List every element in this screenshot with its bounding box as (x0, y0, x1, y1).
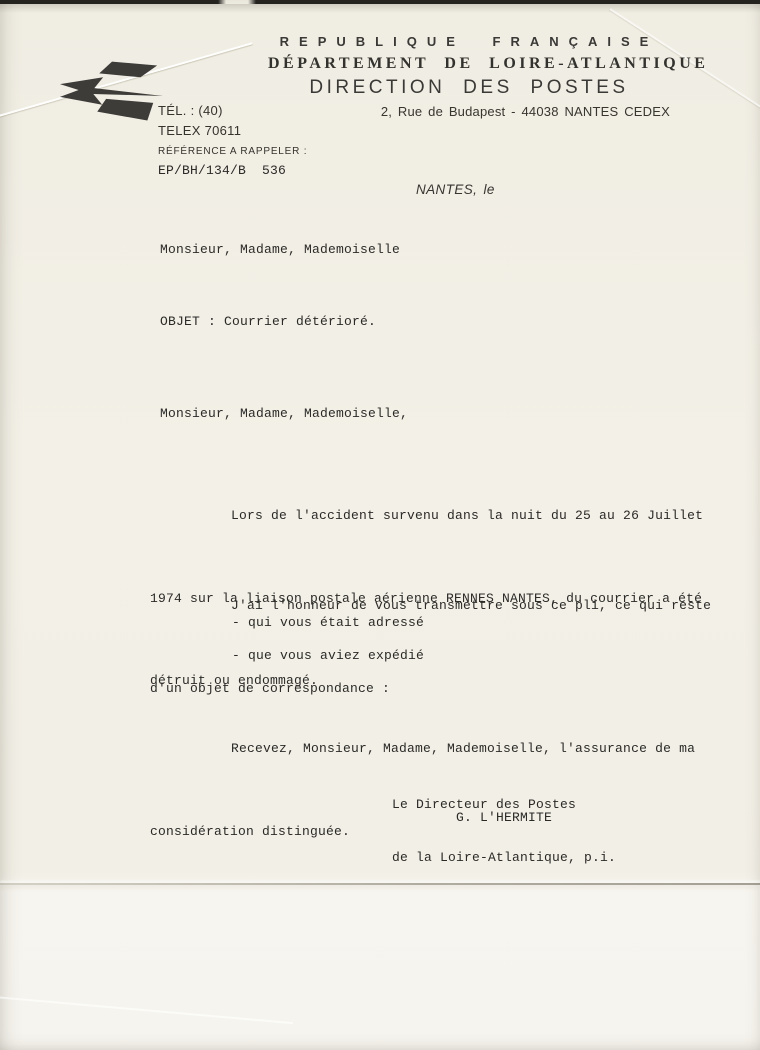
dateline: NANTES, le (416, 182, 495, 197)
phone-line: TÉL. : (40) (158, 103, 307, 118)
signature-title-line: de la Loire-Atlantique, p.i. (392, 849, 616, 867)
list-item-1: - qui vous était adressé (232, 609, 424, 637)
scanned-letter-document: REPUBLIQUE FRANÇAISE DÉPARTEMENT DE LOIR… (0, 0, 760, 1050)
signature-title: Le Directeur des Postes de la Loire-Atla… (392, 761, 616, 901)
letterhead-departement: DÉPARTEMENT DE LOIRE-ATLANTIQUE (268, 55, 670, 73)
letterhead-republic: REPUBLIQUE FRANÇAISE (268, 34, 670, 49)
telex-line: TELEX 70611 (158, 123, 307, 138)
paper-crease-bottom-left (0, 996, 293, 1024)
reference-number: EP/BH/134/B 536 (158, 163, 307, 178)
signature-name: G. L'HERMITE (456, 810, 552, 825)
body-line: Lors de l'accident survenu dans la nuit … (150, 502, 710, 530)
salutation-line: Monsieur, Madame, Mademoiselle, (160, 400, 408, 428)
contact-block: TÉL. : (40) TELEX 70611 RÉFÉRENCE A RAPP… (158, 103, 307, 178)
scan-edge-shadow (0, 4, 760, 13)
reference-label: RÉFÉRENCE A RAPPELER : (158, 146, 307, 157)
letterhead-address: 2, Rue de Budapest - 44038 NANTES CEDEX (268, 104, 670, 119)
body-line: Recevez, Monsieur, Madame, Mademoiselle,… (150, 735, 710, 763)
letterhead-direction: DIRECTION DES POSTES (268, 77, 670, 99)
letterhead: REPUBLIQUE FRANÇAISE DÉPARTEMENT DE LOIR… (268, 34, 670, 119)
subject-line: OBJET : Courrier détérioré. (160, 308, 376, 336)
recipient-line: Monsieur, Madame, Mademoiselle (160, 236, 400, 264)
list-item-2: - que vous aviez expédié (232, 642, 424, 670)
la-poste-bird-logo (58, 60, 166, 126)
